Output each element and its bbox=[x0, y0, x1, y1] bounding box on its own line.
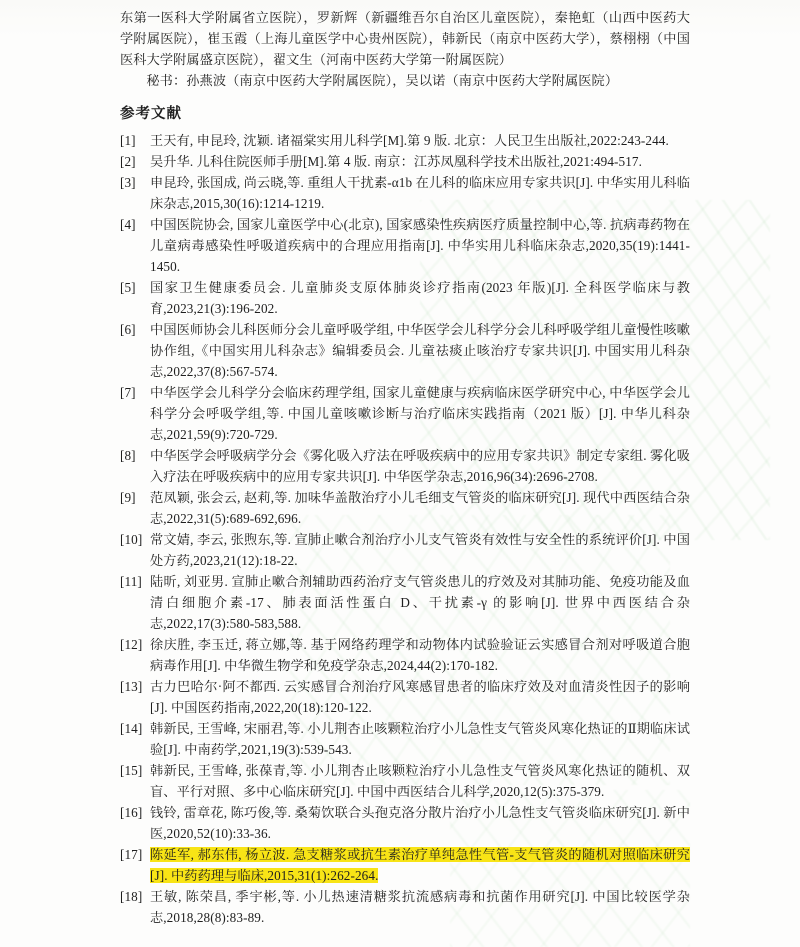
reference-text: 申昆玲, 张国成, 尚云晓,等. 重组人干扰素-α1b 在儿科的临床应用专家共识… bbox=[150, 175, 690, 211]
reference-text: 陈延军, 郝东伟, 杨立波. 急支糖浆或抗生素治疗单纯急性气管-支气管炎的随机对… bbox=[150, 847, 690, 883]
reference-text: 常文婧, 李云, 张煦东,等. 宣肺止嗽合剂治疗小儿支气管炎有效性与安全性的系统… bbox=[150, 532, 690, 568]
document-page: 东第一医科大学附属省立医院），罗新辉（新疆维吾尔自治区儿童医院），秦艳虹（山西中… bbox=[0, 0, 800, 947]
reference-number: [6] bbox=[120, 319, 136, 340]
reference-item: [14]韩新民, 王雪峰, 宋丽君,等. 小儿荆杏止咳颗粒治疗小儿急性支气管炎风… bbox=[120, 718, 690, 760]
reference-number: [8] bbox=[120, 445, 136, 466]
reference-number: [4] bbox=[120, 214, 136, 235]
reference-number: [3] bbox=[120, 172, 136, 193]
reference-number: [5] bbox=[120, 277, 136, 298]
secretary-line: 秘书：孙燕波（南京中医药大学附属医院），吴以诺（南京中医药大学附属医院） bbox=[120, 70, 690, 91]
reference-item: [3]申昆玲, 张国成, 尚云晓,等. 重组人干扰素-α1b 在儿科的临床应用专… bbox=[120, 172, 690, 214]
reference-text: 徐庆胜, 李玉迁, 蒋立娜,等. 基于网络药理学和动物体内试验验证云实感冒合剂对… bbox=[150, 637, 690, 673]
reference-text: 王敏, 陈荣昌, 季宇彬,等. 小儿热速清糖浆抗流感病毒和抗菌作用研究[J]. … bbox=[150, 889, 690, 925]
reference-number: [14] bbox=[120, 718, 142, 739]
reference-text: 王天有, 申昆玲, 沈颖. 诸福棠实用儿科学[M].第 9 版. 北京：人民卫生… bbox=[150, 133, 669, 148]
reference-number: [12] bbox=[120, 634, 142, 655]
reference-item: [13]古力巴哈尔·阿不都西. 云实感冒合剂治疗风寒感冒患者的临床疗效及对血清炎… bbox=[120, 676, 690, 718]
reference-item: [7]中华医学会儿科学分会临床药理学组, 国家儿童健康与疾病临床医学研究中心, … bbox=[120, 382, 690, 445]
reference-item: [4]中国医院协会, 国家儿童医学中心(北京), 国家感染性疾病医疗质量控制中心… bbox=[120, 214, 690, 277]
reference-item: [15]韩新民, 王雪峰, 张葆青,等. 小儿荆杏止咳颗粒治疗小儿急性支气管炎风… bbox=[120, 760, 690, 802]
reference-text: 韩新民, 王雪峰, 宋丽君,等. 小儿荆杏止咳颗粒治疗小儿急性支气管炎风寒化热证… bbox=[150, 721, 690, 757]
reference-item: [10]常文婧, 李云, 张煦东,等. 宣肺止嗽合剂治疗小儿支气管炎有效性与安全… bbox=[120, 529, 690, 571]
reference-number: [13] bbox=[120, 676, 142, 697]
reference-text: 范凤颖, 张会云, 赵莉,等. 加味华盖散治疗小儿毛细支气管炎的临床研究[J].… bbox=[150, 490, 690, 526]
reference-text: 钱铃, 雷章花, 陈巧俊,等. 桑菊饮联合头孢克洛分散片治疗小儿急性支气管炎临床… bbox=[150, 805, 690, 841]
reference-item: [1]王天有, 申昆玲, 沈颖. 诸福棠实用儿科学[M].第 9 版. 北京：人… bbox=[120, 130, 690, 151]
reference-text: 中华医学会呼吸病学分会《雾化吸入疗法在呼吸疾病中的应用专家共识》制定专家组. 雾… bbox=[150, 448, 690, 484]
reference-number: [2] bbox=[120, 151, 136, 172]
reference-number: [17] bbox=[120, 844, 142, 865]
reference-item: [18]王敏, 陈荣昌, 季宇彬,等. 小儿热速清糖浆抗流感病毒和抗菌作用研究[… bbox=[120, 886, 690, 928]
reference-number: [11] bbox=[120, 571, 142, 592]
reference-text: 中国医院协会, 国家儿童医学中心(北京), 国家感染性疾病医疗质量控制中心,等.… bbox=[150, 217, 690, 274]
reference-number: [18] bbox=[120, 886, 142, 907]
reference-number: [16] bbox=[120, 802, 142, 823]
reference-text: 韩新民, 王雪峰, 张葆青,等. 小儿荆杏止咳颗粒治疗小儿急性支气管炎风寒化热证… bbox=[150, 763, 690, 799]
reference-number: [1] bbox=[120, 130, 136, 151]
reference-text: 中国医师协会儿科医师分会儿童呼吸学组, 中华医学会儿科学分会儿科呼吸学组儿童慢性… bbox=[150, 322, 690, 379]
reference-item: [6]中国医师协会儿科医师分会儿童呼吸学组, 中华医学会儿科学分会儿科呼吸学组儿… bbox=[120, 319, 690, 382]
reference-text: 陆昕, 刘亚男. 宣肺止嗽合剂辅助西药治疗支气管炎患儿的疗效及对其肺功能、免疫功… bbox=[150, 574, 690, 631]
reference-item: [5]国家卫生健康委员会. 儿童肺炎支原体肺炎诊疗指南(2023 年版)[J].… bbox=[120, 277, 690, 319]
reference-number: [15] bbox=[120, 760, 142, 781]
references-heading: 参考文献 bbox=[120, 104, 690, 125]
reference-number: [7] bbox=[120, 382, 136, 403]
reference-number: [10] bbox=[120, 529, 142, 550]
reference-text: 吴升华. 儿科住院医师手册[M].第 4 版. 南京：江苏凤凰科学技术出版社,2… bbox=[150, 154, 642, 169]
reference-list: [1]王天有, 申昆玲, 沈颖. 诸福棠实用儿科学[M].第 9 版. 北京：人… bbox=[120, 130, 690, 928]
reference-number: [9] bbox=[120, 487, 136, 508]
reference-text: 古力巴哈尔·阿不都西. 云实感冒合剂治疗风寒感冒患者的临床疗效及对血清炎性因子的… bbox=[150, 679, 690, 715]
reference-text: 国家卫生健康委员会. 儿童肺炎支原体肺炎诊疗指南(2023 年版)[J]. 全科… bbox=[150, 280, 690, 316]
reference-item: [2]吴升华. 儿科住院医师手册[M].第 4 版. 南京：江苏凤凰科学技术出版… bbox=[120, 151, 690, 172]
reference-item: [16]钱铃, 雷章花, 陈巧俊,等. 桑菊饮联合头孢克洛分散片治疗小儿急性支气… bbox=[120, 802, 690, 844]
reference-text: 中华医学会儿科学分会临床药理学组, 国家儿童健康与疾病临床医学研究中心, 中华医… bbox=[150, 385, 690, 442]
reference-item: [12]徐庆胜, 李玉迁, 蒋立娜,等. 基于网络药理学和动物体内试验验证云实感… bbox=[120, 634, 690, 676]
reference-item: [8]中华医学会呼吸病学分会《雾化吸入疗法在呼吸疾病中的应用专家共识》制定专家组… bbox=[120, 445, 690, 487]
reference-item: [17]陈延军, 郝东伟, 杨立波. 急支糖浆或抗生素治疗单纯急性气管-支气管炎… bbox=[120, 844, 690, 886]
reference-item: [11]陆昕, 刘亚男. 宣肺止嗽合剂辅助西药治疗支气管炎患儿的疗效及对其肺功能… bbox=[120, 571, 690, 634]
affiliations-continued-paragraph: 东第一医科大学附属省立医院），罗新辉（新疆维吾尔自治区儿童医院），秦艳虹（山西中… bbox=[120, 7, 690, 70]
reference-item: [9]范凤颖, 张会云, 赵莉,等. 加味华盖散治疗小儿毛细支气管炎的临床研究[… bbox=[120, 487, 690, 529]
